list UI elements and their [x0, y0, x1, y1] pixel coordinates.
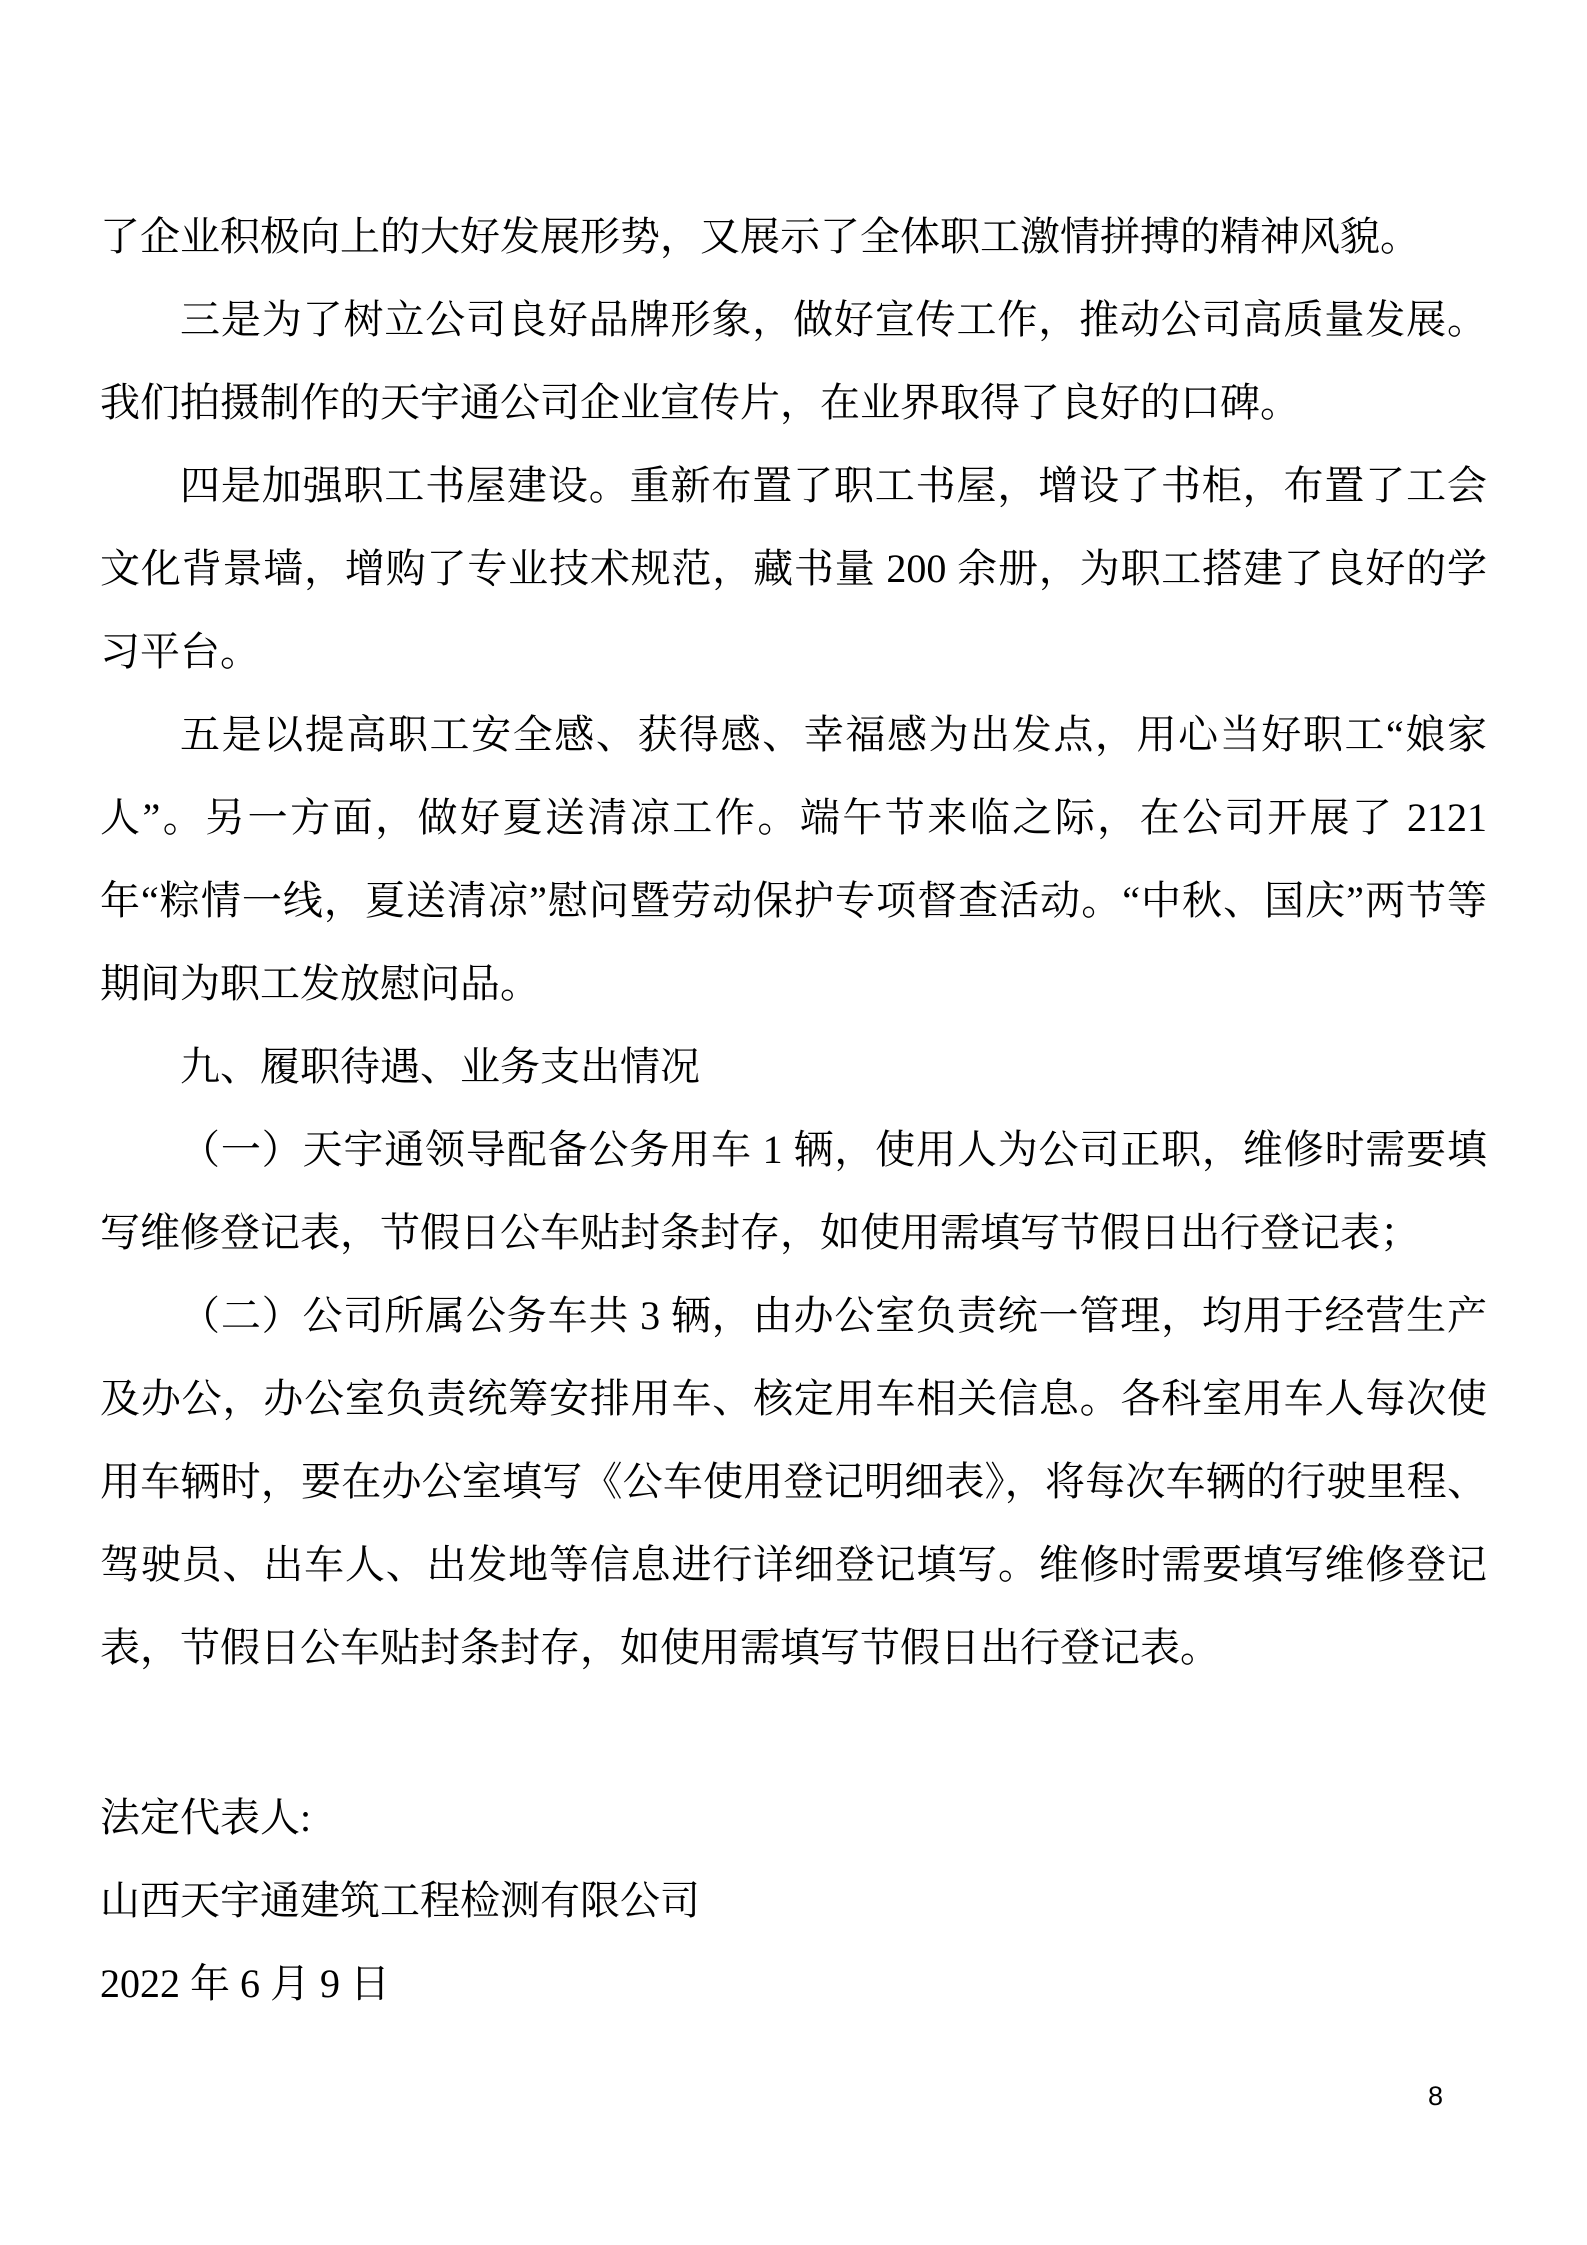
paragraph-item-five: 五是以提高职工安全感、获得感、幸福感为出发点，用心当好职工“娘家人”。另一方面，…: [100, 693, 1487, 1025]
paragraph-subitem-two: （二）公司所属公务车共 3 辆，由办公室负责统一管理，均用于经营生产及办公，办公…: [100, 1274, 1487, 1689]
paragraph-item-three: 三是为了树立公司良好品牌形象，做好宣传工作，推动公司高质量发展。我们拍摄制作的天…: [100, 278, 1487, 444]
page-number: 8: [1428, 2080, 1443, 2112]
section-heading-nine: 九、履职待遇、业务支出情况: [100, 1025, 1487, 1108]
company-name: 山西天宇通建筑工程检测有限公司: [100, 1859, 1487, 1942]
document-body: 了企业积极向上的大好发展形势，又展示了全体职工激情拼搏的精神风貌。 三是为了树立…: [100, 195, 1487, 1689]
paragraph-continuation: 了企业积极向上的大好发展形势，又展示了全体职工激情拼搏的精神风貌。: [100, 195, 1487, 278]
document-page: 了企业积极向上的大好发展形势，又展示了全体职工激情拼搏的精神风貌。 三是为了树立…: [0, 0, 1587, 2245]
paragraph-subitem-one: （一）天宇通领导配备公务用车 1 辆，使用人为公司正职，维修时需要填写维修登记表…: [100, 1108, 1487, 1274]
signature-date: 2022 年 6 月 9 日: [100, 1942, 1487, 2025]
legal-representative-label: 法定代表人:: [100, 1776, 1487, 1859]
signature-block: 法定代表人: 山西天宇通建筑工程检测有限公司 2022 年 6 月 9 日: [100, 1776, 1487, 2025]
paragraph-item-four: 四是加强职工书屋建设。重新布置了职工书屋，增设了书柜，布置了工会文化背景墙，增购…: [100, 444, 1487, 693]
